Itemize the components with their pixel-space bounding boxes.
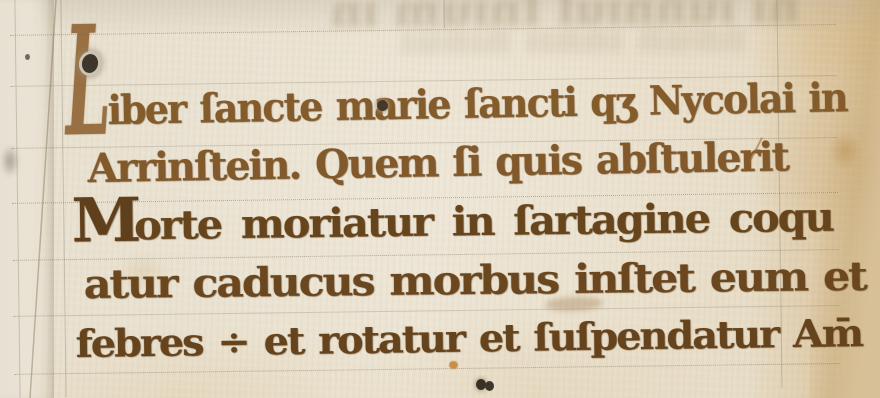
margin-smudge — [0, 140, 22, 182]
parchment-hole — [485, 381, 494, 391]
ruling-line-vertical — [14, 0, 20, 398]
text-line-4: atur caducus morbus inſtet eum et — [84, 254, 866, 308]
ruling-line-vertical — [443, 0, 444, 28]
edge-stain — [824, 126, 866, 176]
text-line-3: Morte moriatur in ſartagine coqu — [71, 195, 833, 250]
parchment-hole — [377, 100, 388, 111]
orange-speck — [449, 361, 458, 369]
line-text: orte moriatur in ſartagine coqu — [134, 194, 833, 250]
line-text: atur caducus morbus inſtet eum et — [84, 253, 866, 308]
initial-letter-M: M — [72, 220, 139, 221]
ruling-line — [10, 24, 836, 36]
parchment-speck — [25, 54, 30, 60]
manuscript-photo: nı ıunnıuſ ſnıum ın nnun ınnıı nınuı Lib… — [0, 0, 880, 398]
